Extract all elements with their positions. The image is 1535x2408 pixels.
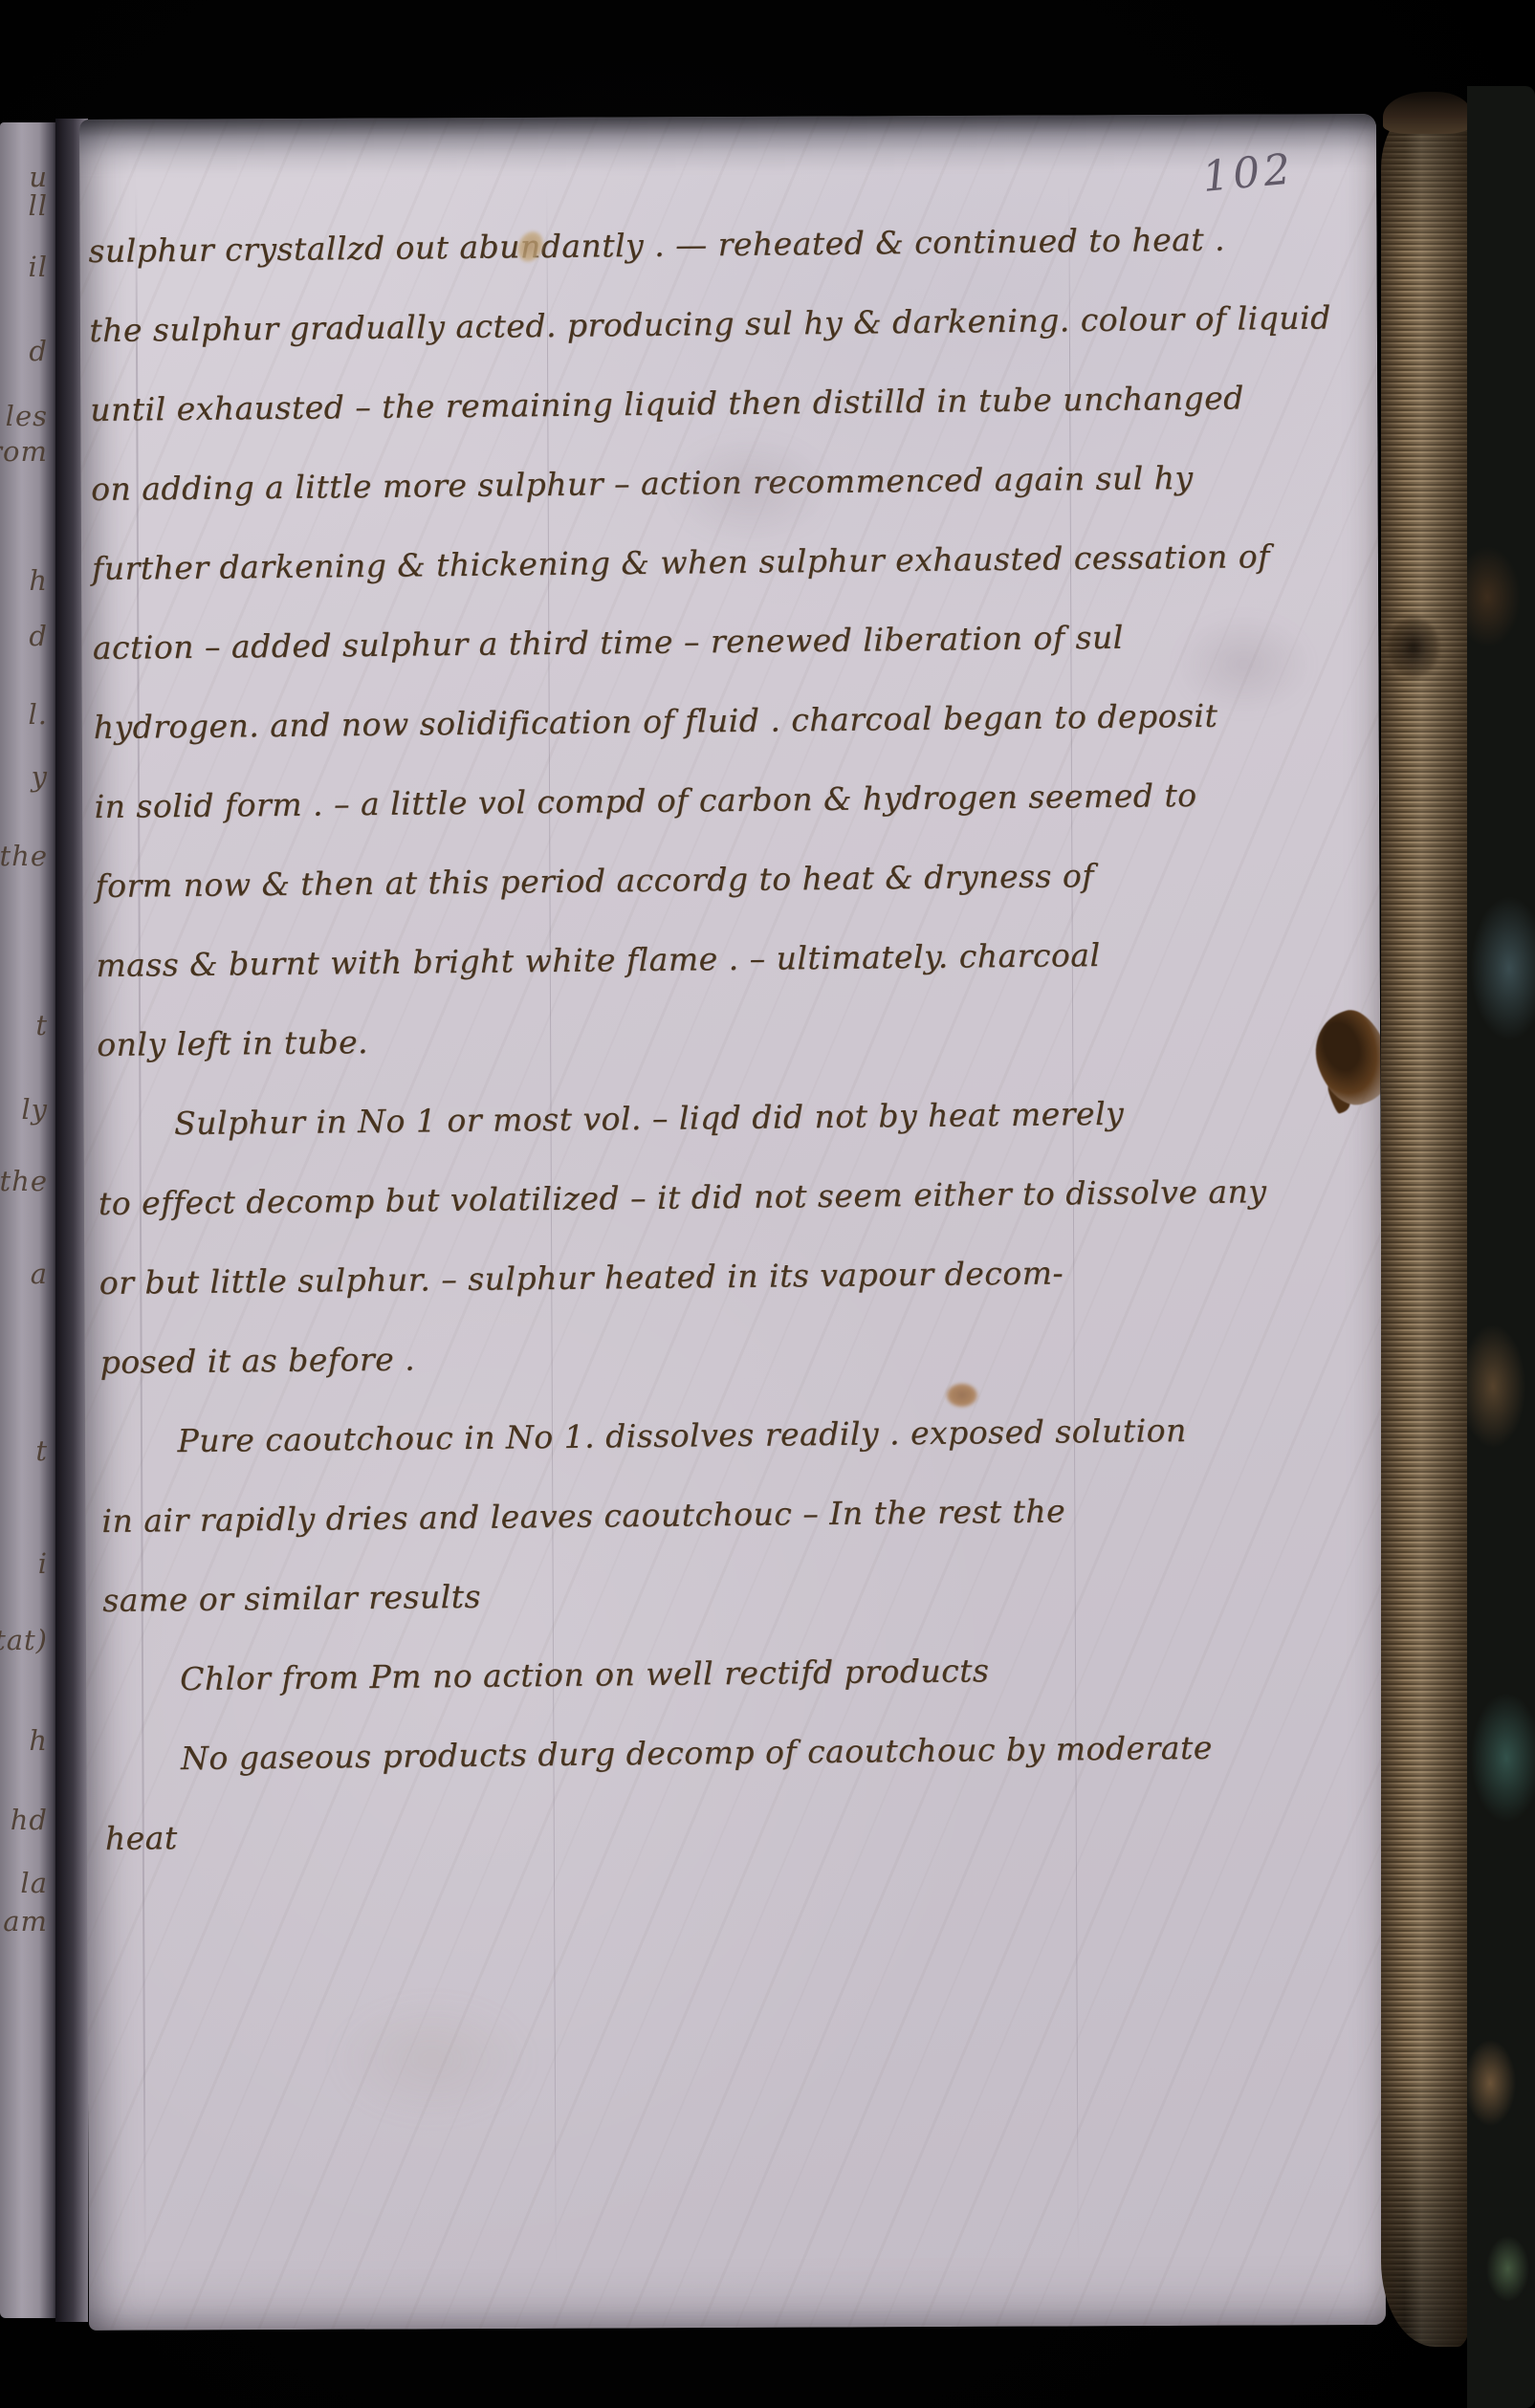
top-edge-smudge xyxy=(79,114,1382,175)
facing-page-text-fragment: h xyxy=(29,1724,48,1757)
paper-stain xyxy=(327,1992,538,2127)
facing-page-text-fragment: u xyxy=(29,161,48,193)
manuscript-line: further darkening & thickening & when su… xyxy=(92,515,1371,608)
manuscript-line: No gaseous products durg decomp of caout… xyxy=(104,1706,1383,1799)
photo-backdrop: ullildlesfromhdl.ythetlytheatitat)hhdla1… xyxy=(0,0,1535,2408)
facing-page-text-fragment: d xyxy=(29,620,48,652)
facing-page-text-fragment: h xyxy=(29,564,48,597)
fore-edge-cap xyxy=(1383,92,1471,134)
manuscript-line: form now & then at this period accordg t… xyxy=(95,833,1373,926)
book-fore-edge xyxy=(1381,101,1471,2347)
page-number: 102 xyxy=(1200,144,1296,202)
facing-page-text-fragment: l. xyxy=(29,698,49,731)
facing-page-text-fragment: 1am xyxy=(0,1905,48,1937)
manuscript-line: heat xyxy=(104,1785,1383,1878)
manuscript-line: Sulphur in No 1 or most vol. – liqd did … xyxy=(98,1071,1376,1164)
manuscript-line: or but little sulphur. – sulphur heated … xyxy=(99,1230,1377,1323)
facing-page-text-fragment: tat) xyxy=(0,1624,48,1656)
facing-page-text-fragment: a xyxy=(31,1258,48,1290)
fore-edge-smudge xyxy=(1387,616,1440,679)
facing-page-text-fragment: d xyxy=(29,335,48,367)
manuscript-line: Pure caoutchouc in No 1. dissolves readi… xyxy=(100,1389,1379,1481)
marbled-cover xyxy=(1467,86,1535,2408)
facing-page-text-fragment: ll xyxy=(28,189,48,222)
facing-page-text-fragment: la xyxy=(20,1867,48,1899)
manuscript-line: only left in tube. xyxy=(97,992,1375,1084)
manuscript-line: until exhausted – the remaining liquid t… xyxy=(90,357,1369,449)
manuscript-line: posed it as before . xyxy=(99,1309,1378,1402)
facing-page-text-fragment: t xyxy=(35,1434,48,1467)
facing-page-text-fragment: the xyxy=(0,840,48,872)
facing-page-edge: ullildlesfromhdl.ythetlytheatitat)hhdla1… xyxy=(0,122,57,2318)
manuscript-line: action – added sulphur a third time – re… xyxy=(92,595,1371,688)
manuscript-line: Chlor from Pm no action on well rectifd … xyxy=(103,1627,1382,1719)
manuscript-line: on adding a little more sulphur – action… xyxy=(91,436,1370,529)
facing-page-text-fragment: y xyxy=(32,760,48,793)
facing-page-text-fragment: i xyxy=(38,1547,48,1580)
facing-page-text-fragment: ly xyxy=(21,1093,48,1126)
facing-page-text-fragment: t xyxy=(35,1009,48,1041)
manuscript-line: hydrogen. and now solidification of flui… xyxy=(93,674,1371,767)
facing-page-text-fragment: hd xyxy=(11,1804,48,1836)
facing-page-text-fragment: the xyxy=(0,1165,48,1197)
manuscript-line: in solid form . – a little vol compd of … xyxy=(94,754,1372,846)
facing-page-text-fragment: from xyxy=(0,435,48,468)
facing-page-text-fragment: les xyxy=(6,400,48,432)
manuscript-line: the sulphur gradually acted. producing s… xyxy=(89,277,1368,370)
manuscript-line: mass & burnt with bright white flame . –… xyxy=(96,912,1374,1005)
manuscript-line: in air rapidly dries and leaves caoutcho… xyxy=(101,1468,1380,1561)
facing-page-text-fragment: il xyxy=(28,251,48,283)
manuscript-line: sulphur crystallzd out abundantly . — re… xyxy=(88,198,1367,291)
manuscript-page: 102 sulphur crystallzd out abundantly . … xyxy=(79,114,1386,2331)
manuscript-text: sulphur crystallzd out abundantly . — re… xyxy=(88,198,1383,1878)
manuscript-line: same or similar results xyxy=(102,1547,1381,1640)
manuscript-line: to effect decomp but volatilized – it di… xyxy=(99,1150,1377,1243)
